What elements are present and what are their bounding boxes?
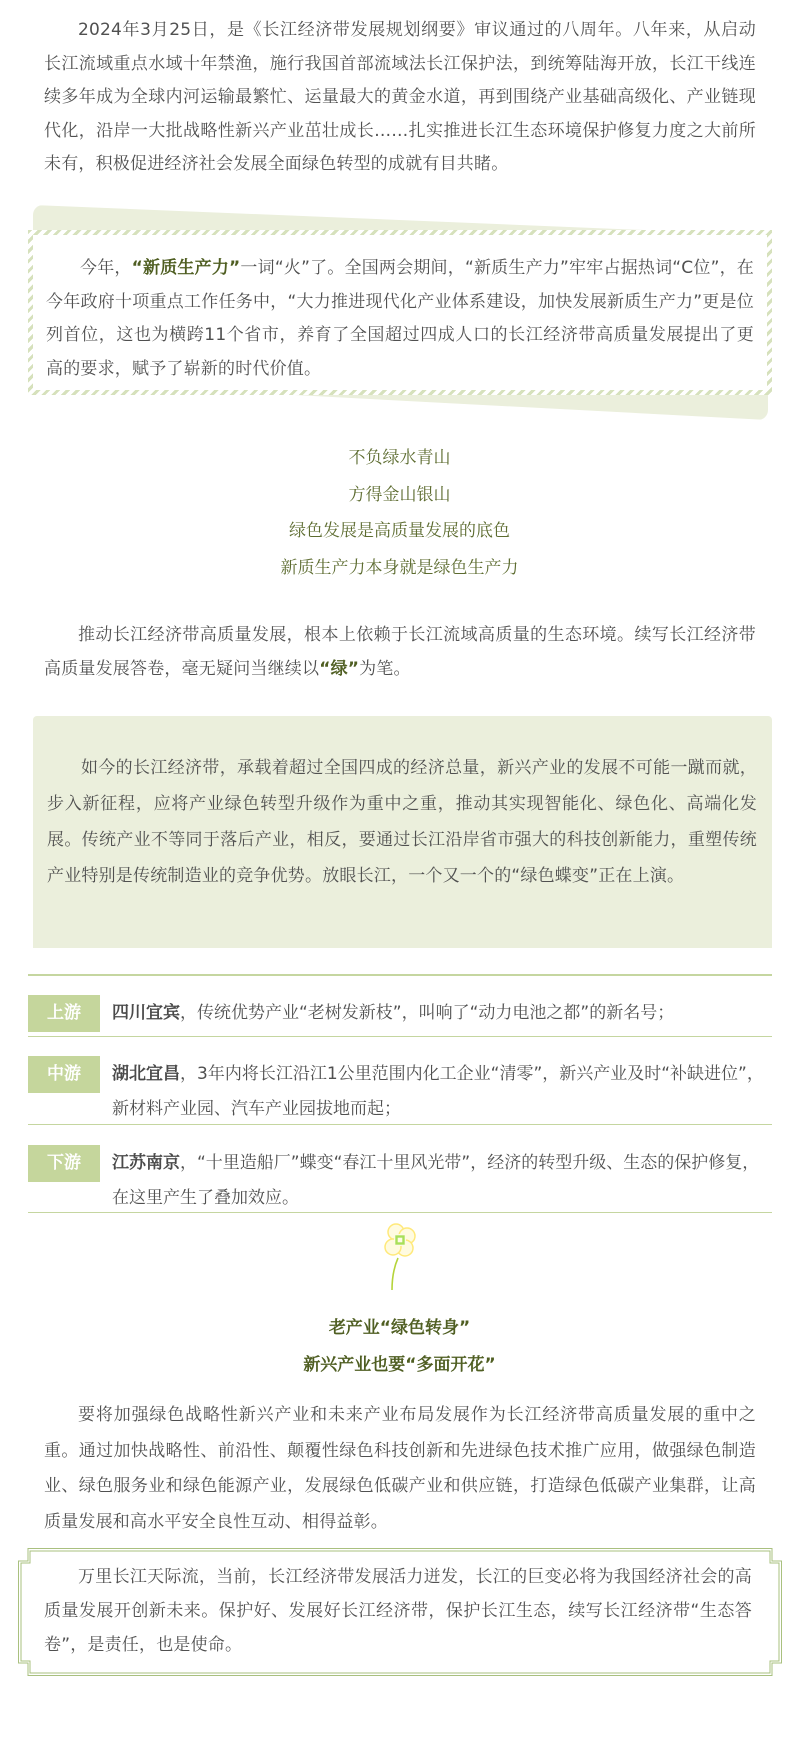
intro-paragraph: 2024年3月25日，是《长江经济带发展规划纲要》审议通过的八周年。八年来，从启… <box>44 14 756 182</box>
poem-line: 方得金山银山 <box>0 477 799 514</box>
poem: 不负绿水青山 方得金山银山 绿色发展是高质量发展的底色 新质生产力本身就是绿色生… <box>0 440 799 586</box>
tag-upstream: 上游 <box>28 995 100 1032</box>
tag-midstream: 中游 <box>28 1056 100 1093</box>
tag-downstream: 下游 <box>28 1145 100 1182</box>
para2-tail: 为笔。 <box>359 659 411 679</box>
highlight-box: 今年，“新质生产力”一词“火”了。全国两会期间，“新质生产力”牢牢占据热词“C位… <box>28 230 772 395</box>
midstream-place: 湖北宜昌 <box>112 1064 180 1084</box>
divider <box>28 1212 772 1213</box>
transformation-paragraph: 如今的长江经济带，承载着超过全国四成的经济总量，新兴产业的发展不可能一蹴而就，步… <box>47 750 757 894</box>
highlight-lead: 今年， <box>80 258 132 278</box>
midstream-text: ，3年内将长江沿江1公里范围内化工企业“清零”，新兴产业及时“补缺进位”，新材料… <box>112 1064 764 1119</box>
downstream-place: 江苏南京 <box>112 1153 180 1173</box>
downstream-text: ，“十里造船厂”蝶变“春江十里风光带”，经济的转型升级、生态的保护修复，在这里产… <box>112 1153 759 1208</box>
poem-line: 绿色发展是高质量发展的底色 <box>0 513 799 550</box>
upstream-text: ，传统优势产业“老树发新枝”，叫响了“动力电池之都”的新名号； <box>180 1003 674 1023</box>
poem-line: 不负绿水青山 <box>0 440 799 477</box>
para2-keyword: “绿” <box>319 659 359 679</box>
divider <box>28 974 772 976</box>
downstream-item: 江苏南京，“十里造船厂”蝶变“春江十里风光带”，经济的转型升级、生态的保护修复，… <box>112 1146 772 1216</box>
divider <box>28 1036 772 1037</box>
section-heading-line1: 老产业“绿色转身” <box>0 1313 799 1338</box>
highlight-paragraph: 今年，“新质生产力”一词“火”了。全国两会期间，“新质生产力”牢牢占据热词“C位… <box>46 252 754 386</box>
closing-box: 万里长江天际流，当前，长江经济带发展活力迸发，长江的巨变必将为我国经济社会的高质… <box>18 1548 782 1676</box>
upstream-item: 四川宜宾，传统优势产业“老树发新枝”，叫响了“动力电池之都”的新名号； <box>112 996 772 1031</box>
transformation-box: 如今的长江经济带，承载着超过全国四成的经济总量，新兴产业的发展不可能一蹴而就，步… <box>33 716 772 948</box>
highlight-keyword: “新质生产力” <box>132 258 241 278</box>
upstream-place: 四川宜宾 <box>112 1003 180 1023</box>
poem-line: 新质生产力本身就是绿色生产力 <box>0 550 799 587</box>
closing-paragraph: 万里长江天际流，当前，长江经济带发展活力迸发，长江的巨变必将为我国经济社会的高质… <box>44 1560 752 1662</box>
section-heading-line2: 新兴产业也要“多面开花” <box>0 1350 799 1375</box>
strategy-paragraph: 要将加强绿色战略性新兴产业和未来产业布局发展作为长江经济带高质量发展的重中之重。… <box>44 1398 756 1540</box>
divider <box>28 1124 772 1125</box>
green-pen-paragraph: 推动长江经济带高质量发展，根本上依赖于长江流域高质量的生态环境。续写长江经济带高… <box>44 619 756 686</box>
flower-icon <box>375 1222 425 1292</box>
midstream-item: 湖北宜昌，3年内将长江沿江1公里范围内化工企业“清零”，新兴产业及时“补缺进位”… <box>112 1057 772 1127</box>
